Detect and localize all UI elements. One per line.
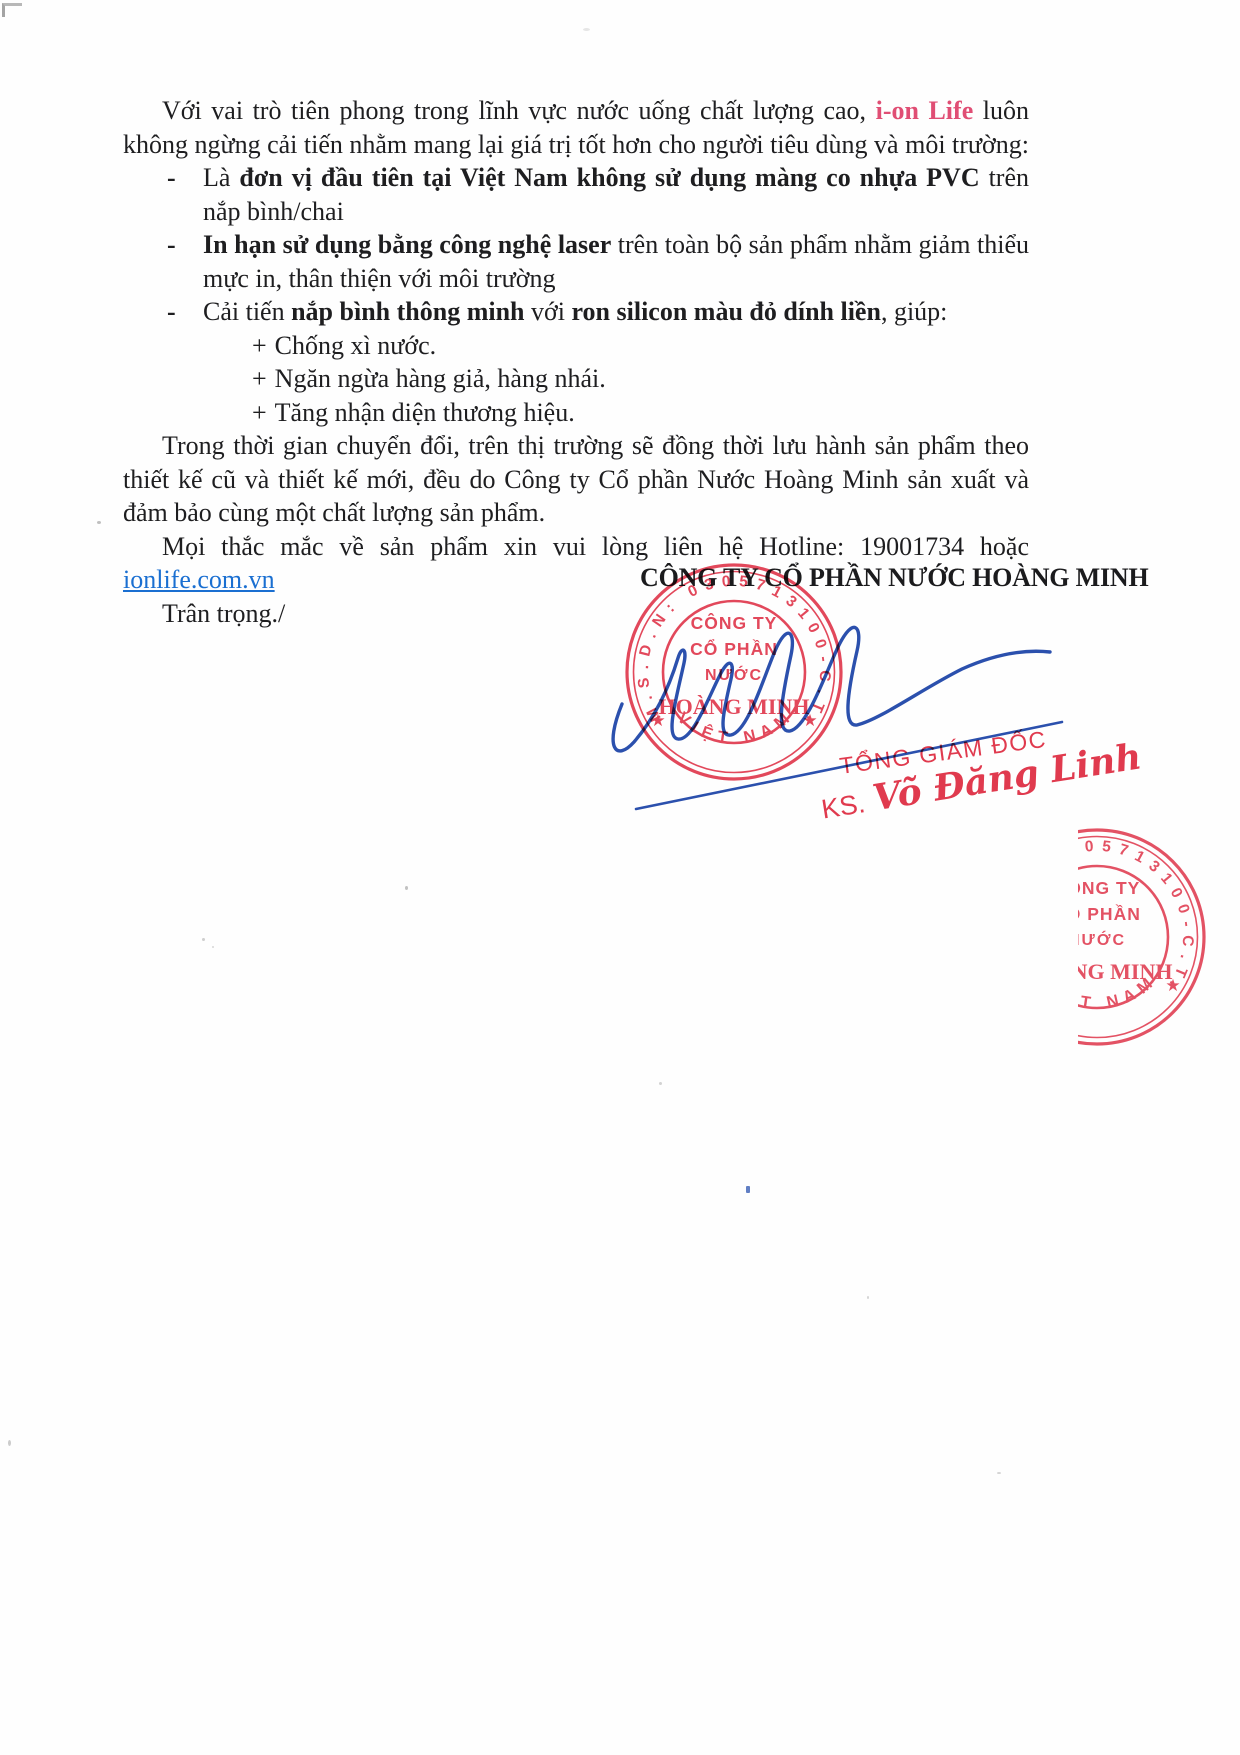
bullet-smart-cap: -Cải tiến nắp bình thông minh với ron si… — [123, 295, 1029, 329]
intro-paragraph: Với vai trò tiên phong trong lĩnh vực nư… — [123, 94, 1029, 161]
bullet-laser: -In hạn sử dụng bằng công nghệ laser trê… — [123, 228, 1029, 295]
text-segment: Trân trọng./ — [162, 599, 285, 628]
text-segment: ron silicon màu đỏ dính liền — [571, 297, 880, 326]
text-segment: Là — [203, 163, 239, 192]
scan-artifact — [659, 1082, 662, 1085]
text-segment: nắp bình thông minh — [291, 297, 524, 326]
text-segment: Cải tiến — [203, 297, 291, 326]
svg-text:NƯỚC: NƯỚC — [1068, 930, 1126, 949]
svg-text:★: ★ — [1013, 976, 1028, 995]
ink-speck-artifact — [746, 1186, 750, 1193]
scan-artifact — [405, 886, 408, 890]
list-marker: + — [252, 364, 267, 393]
text-segment: Với vai trò tiên phong trong lĩnh vực nư… — [162, 96, 876, 125]
text-segment: Tăng nhận diện thương hiệu. — [275, 398, 575, 427]
list-marker: + — [252, 398, 267, 427]
stamp-svg: M.S.D.N: 0305713100-C.T.C.PVIỆT NAM★★CÔN… — [982, 822, 1212, 1052]
partial-company-stamp-icon: M.S.D.N: 0305713100-C.T.C.PVIỆT NAM★★CÔN… — [982, 822, 1212, 1052]
signer-prefix: KS. — [819, 788, 867, 824]
sub-item-leak: +Chống xì nước. — [123, 329, 1029, 363]
sub-item-fake: +Ngăn ngừa hàng giả, hàng nhái. — [123, 362, 1029, 396]
ionlife-link[interactable]: ionlife.com.vn — [123, 565, 275, 594]
list-marker: + — [252, 331, 267, 360]
scan-artifact — [997, 1472, 1001, 1474]
list-marker: - — [167, 228, 176, 262]
list-marker: - — [167, 161, 176, 195]
scan-artifact — [867, 1296, 869, 1299]
svg-text:HOÀNG MINH: HOÀNG MINH — [1022, 959, 1173, 984]
text-segment: Ngăn ngừa hàng giả, hàng nhái. — [275, 364, 606, 393]
scan-corner-artifact — [2, 3, 22, 17]
text-segment: In hạn sử dụng bằng công nghệ laser — [203, 230, 611, 259]
text-segment: i-on Life — [876, 96, 974, 125]
scan-artifact — [202, 938, 205, 941]
text-segment: đơn vị đầu tiên tại Việt Nam không sử dụ… — [239, 163, 979, 192]
scan-artifact — [97, 521, 101, 524]
scan-artifact — [212, 946, 214, 948]
text-segment: Chống xì nước. — [275, 331, 436, 360]
text-segment: , giúp: — [881, 297, 947, 326]
bullet-no-pvc: -Là đơn vị đầu tiên tại Việt Nam không s… — [123, 161, 1029, 228]
list-marker: - — [167, 295, 176, 329]
svg-text:CÔNG TY: CÔNG TY — [1054, 877, 1141, 898]
text-segment: Trong thời gian chuyển đổi, trên thị trư… — [123, 431, 1029, 527]
scan-artifact — [8, 1440, 11, 1446]
document-page: Với vai trò tiên phong trong lĩnh vực nư… — [0, 0, 1240, 1755]
transition-paragraph: Trong thời gian chuyển đổi, trên thị trư… — [123, 429, 1029, 530]
scan-artifact — [583, 28, 590, 31]
svg-text:CỔ PHẦN: CỔ PHẦN — [1053, 903, 1141, 924]
text-segment: với — [525, 297, 572, 326]
sub-item-brand: +Tăng nhận diện thương hiệu. — [123, 396, 1029, 430]
